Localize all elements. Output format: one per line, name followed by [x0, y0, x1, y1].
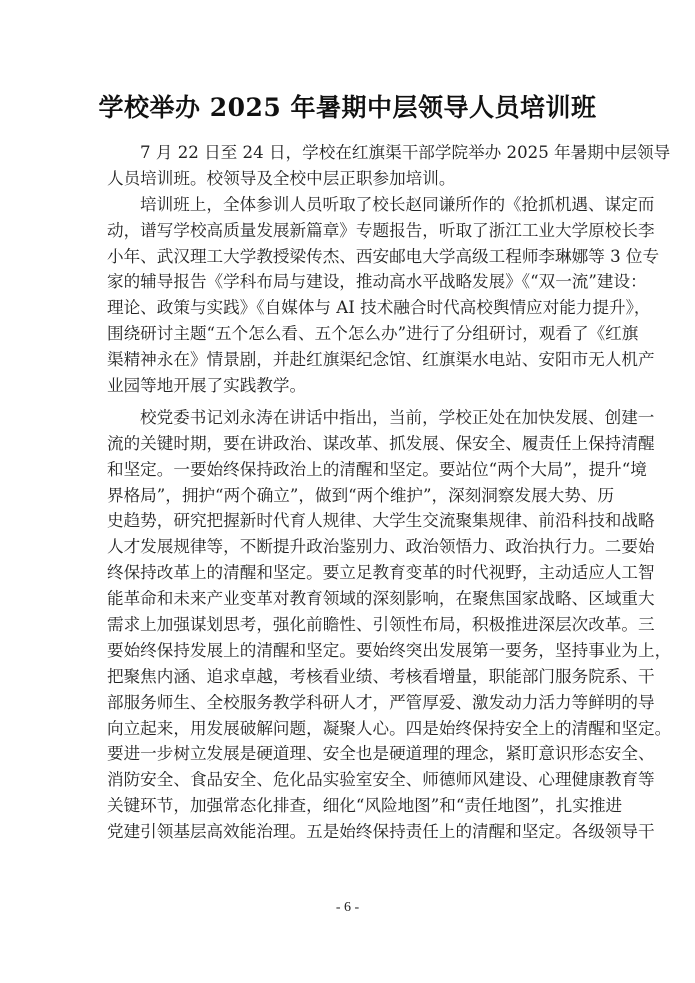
- text-line: 关键环节，加强常态化排查，细化“风险地图”和“责任地图”，扎实推进: [107, 793, 601, 819]
- text-line: 史趋势，研究把握新时代育人规律、大学生交流聚集规律、前沿科技和战略: [107, 508, 601, 534]
- paragraph-2: 培训班上，全体参训人员听取了校长赵同谦所作的《抢抓机遇、谋定而 动，谱写学校高质…: [107, 192, 601, 399]
- text-line: 党建引领基层高效能治理。五是始终保持责任上的清醒和坚定。各级领导干: [107, 819, 601, 845]
- text-line: 终保持改革上的清醒和坚定。要立足教育变革的时代视野，主动适应人工智: [107, 560, 601, 586]
- text-line: 7 月 22 日至 24 日，学校在红旗渠干部学院举办 2025 年暑期中层领导: [107, 140, 601, 166]
- text-line: 人才发展规律等，不断提升政治鉴别力、政治领悟力、政治执行力。二要始: [107, 534, 601, 560]
- text-line: 界格局”，拥护“两个确立”，做到“两个维护”，深刻洞察发展大势、历: [107, 483, 601, 509]
- text-line: 渠精神永在》情景剧，并赴红旗渠纪念馆、红旗渠水电站、安阳市无人机产: [107, 347, 601, 373]
- text-line: 人员培训班。校领导及全校中层正职参加培训。: [107, 166, 601, 192]
- document-body: 7 月 22 日至 24 日，学校在红旗渠干部学院举办 2025 年暑期中层领导…: [107, 140, 601, 845]
- text-line: 业园等地开展了实践教学。: [107, 373, 601, 399]
- text-line: 向立起来，用发展破解问题，凝聚人心。四是始终保持安全上的清醒和坚定。: [107, 716, 601, 742]
- text-line: 校党委书记刘永涛在讲话中指出，当前，学校正处在加快发展、创建一: [107, 405, 601, 431]
- paragraph-3: 校党委书记刘永涛在讲话中指出，当前，学校正处在加快发展、创建一 流的关键时期，要…: [107, 405, 601, 845]
- document-page: 学校举办 2025 年暑期中层领导人员培训班 7 月 22 日至 24 日，学校…: [0, 0, 695, 983]
- document-title: 学校举办 2025 年暑期中层领导人员培训班: [0, 88, 695, 124]
- text-line: 要进一步树立发展是硬道理、安全也是硬道理的理念，紧盯意识形态安全、: [107, 741, 601, 767]
- text-line: 能革命和未来产业变革对教育领域的深刻影响，在聚焦国家战略、区域重大: [107, 586, 601, 612]
- text-line: 家的辅导报告《学科布局与建设，推动高水平战略发展》《“双一流”建设：: [107, 269, 601, 295]
- text-line: 流的关键时期，要在讲政治、谋改革、抓发展、保安全、履责任上保持清醒: [107, 431, 601, 457]
- text-line: 把聚焦内涵、追求卓越，考核看业绩、考核看增量，职能部门服务院系、干: [107, 664, 601, 690]
- text-line: 和坚定。一要始终保持政治上的清醒和坚定。要站位“两个大局”，提升“境: [107, 457, 601, 483]
- text-line: 培训班上，全体参训人员听取了校长赵同谦所作的《抢抓机遇、谋定而: [107, 192, 601, 218]
- text-line: 围绕研讨主题“五个怎么看、五个怎么办”进行了分组研讨，观看了《红旗: [107, 321, 601, 347]
- page-number: - 6 -: [0, 900, 695, 916]
- text-line: 消防安全、食品安全、危化品实验室安全、师德师风建设、心理健康教育等: [107, 767, 601, 793]
- text-line: 动，谱写学校高质量发展新篇章》专题报告，听取了浙江工业大学原校长李: [107, 218, 601, 244]
- text-line: 小年、武汉理工大学教授梁传杰、西安邮电大学高级工程师李琳娜等 3 位专: [107, 244, 601, 270]
- paragraph-1: 7 月 22 日至 24 日，学校在红旗渠干部学院举办 2025 年暑期中层领导…: [107, 140, 601, 192]
- text-line: 理论、政策与实践》《自媒体与 AI 技术融合时代高校舆情应对能力提升》，: [107, 295, 601, 321]
- text-line: 部服务师生、全校服务教学科研人才，严管厚爱、激发动力活力等鲜明的导: [107, 690, 601, 716]
- text-line: 要始终保持发展上的清醒和坚定。要始终突出发展第一要务，坚持事业为上，: [107, 638, 601, 664]
- text-line: 需求上加强谋划思考，强化前瞻性、引领性布局，积极推进深层次改革。三: [107, 612, 601, 638]
